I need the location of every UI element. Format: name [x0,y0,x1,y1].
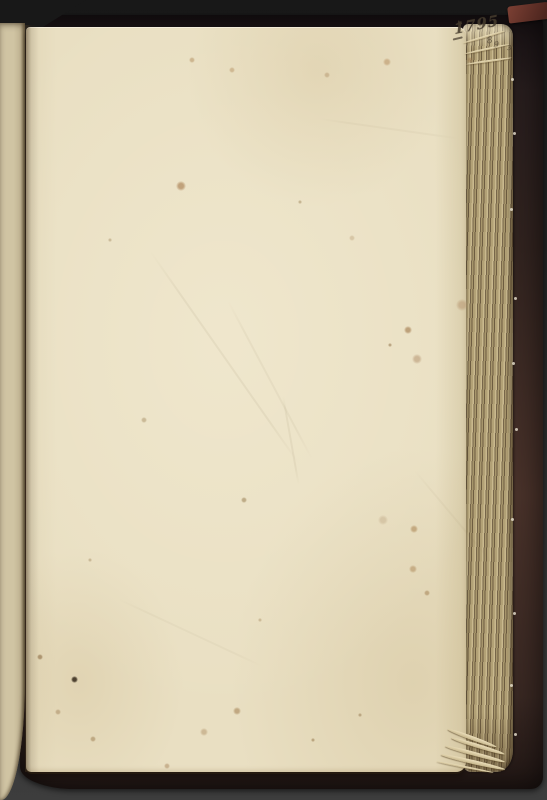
paper-fuzz-speck [510,208,513,211]
fore-edge-ink-mark: 3 [507,44,512,52]
paper-fuzz-speck [513,612,516,615]
handwritten-year-annotation: 1795+ [453,18,464,38]
paper-fuzz-speck [515,428,518,431]
book-photograph-scene: 1795+ 893 [0,0,547,800]
facing-page-edge-strip [0,23,25,800]
paper-fuzz-speck [514,297,517,300]
paper-fuzz-speck [511,78,514,81]
paper-fuzz-speck [511,518,514,521]
fore-edge-ink-mark: 9 [494,40,500,49]
fore-edge-ink-mark: 8 [486,36,493,47]
handwritten-flourish: + [454,18,464,31]
paper-fuzz-speck [510,684,513,687]
fore-edge-page-stack [463,24,513,772]
paper-fuzz-speck [513,132,516,135]
paper-fuzz-speck [514,733,517,736]
blank-manuscript-page [26,27,466,772]
paper-fuzz-speck [512,362,515,365]
